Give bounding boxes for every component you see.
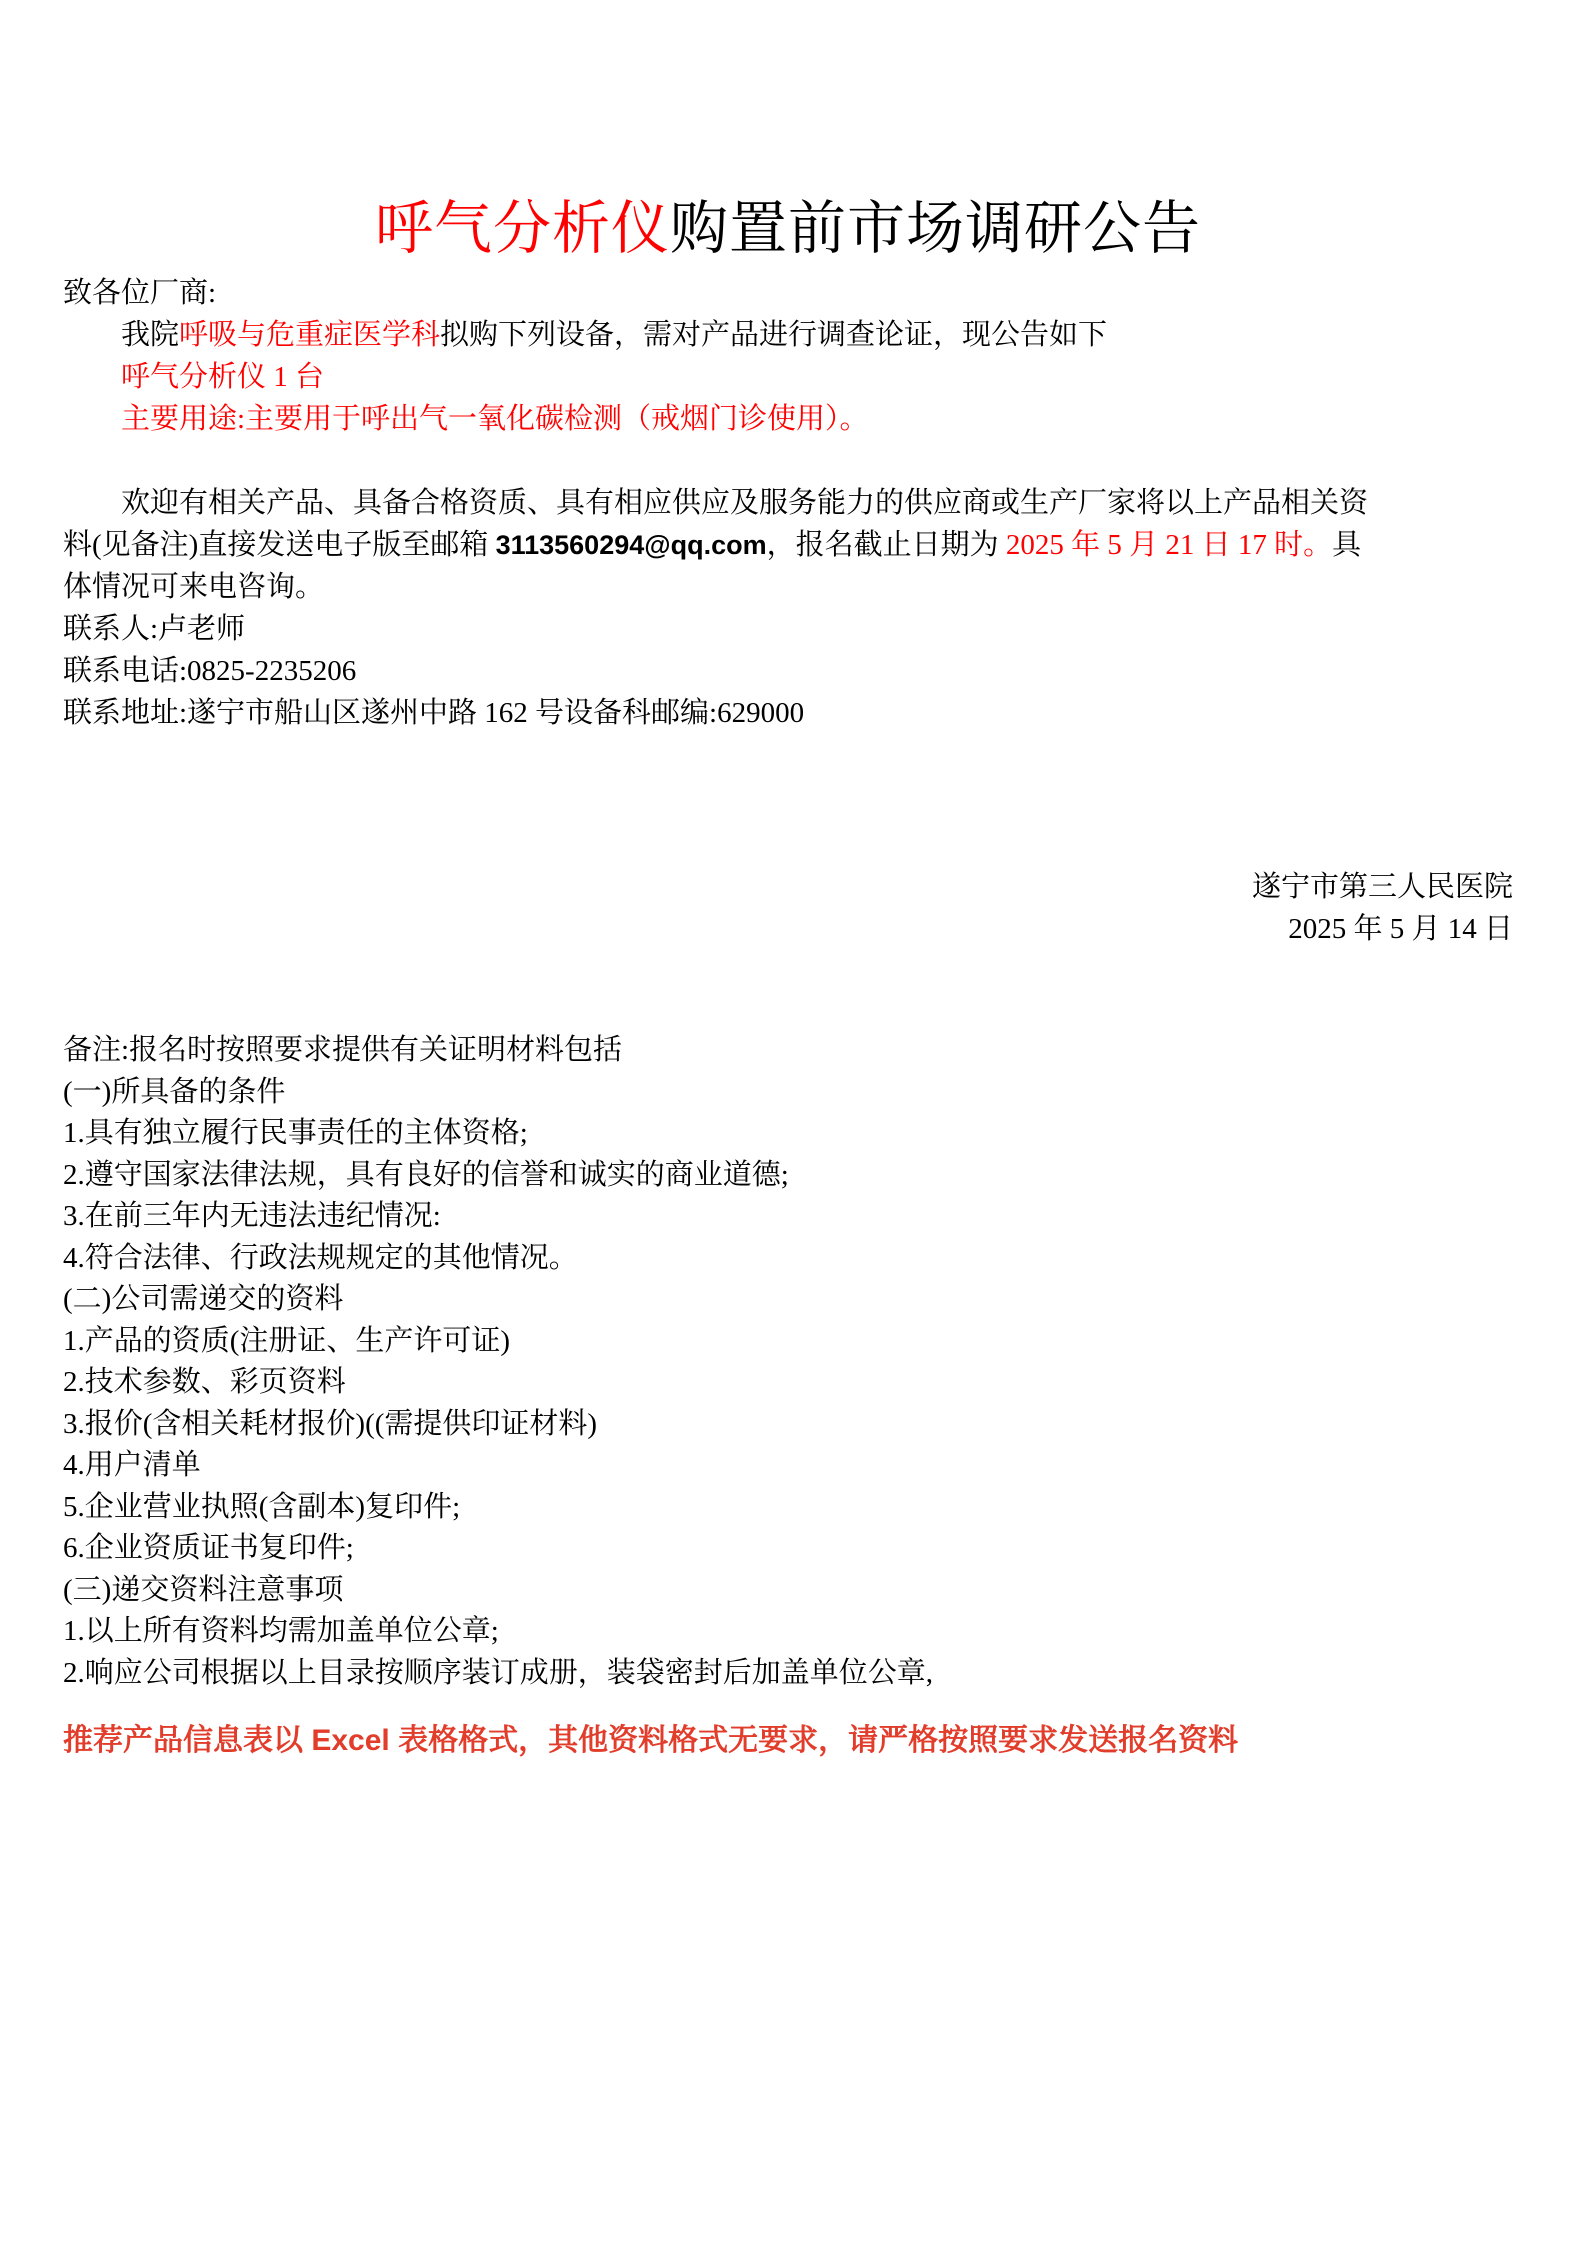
note-line: 1.以上所有资料均需加盖单位公章; [63, 1611, 1513, 1653]
title-rest: 购置前市场调研公告 [670, 196, 1201, 261]
title-device-name: 呼气分析仪 [375, 196, 670, 261]
note-line-header: 备注:报名时按照要求提供有关证明材料包括 [63, 1030, 1513, 1072]
invite-line-2-post: 具 [1332, 529, 1361, 561]
note-line-section-3: (三)递交资料注意事项 [63, 1570, 1513, 1612]
deadline-text: 2025 年 5 月 21 日 17 时。 [1006, 529, 1332, 561]
invite-line-1: 欢迎有相关产品、具备合格资质、具有相应供应及服务能力的供应商或生产厂家将以上产品… [63, 482, 1513, 524]
notes-section: 备注:报名时按照要求提供有关证明材料包括 (一)所具备的条件 1.具有独立履行民… [63, 1030, 1513, 1694]
contact-email: 3113560294@qq.com [496, 530, 767, 560]
spacer [63, 440, 1513, 482]
note-line-section-2: (二)公司需递交的资料 [63, 1279, 1513, 1321]
intro-pre: 我院 [121, 319, 179, 351]
signature-organization: 遂宁市第三人民医院 [63, 866, 1513, 908]
note-line: 1.产品的资质(注册证、生产许可证) [63, 1321, 1513, 1363]
intro-post: 拟购下列设备，需对产品进行调查论证，现公告如下 [440, 319, 1107, 351]
note-line: 2.响应公司根据以上目录按顺序装订成册，装袋密封后加盖单位公章, [63, 1653, 1513, 1695]
invite-line-2-mid: ，报名截止日期为 [767, 529, 1006, 561]
note-line: 1.具有独立履行民事责任的主体资格; [63, 1113, 1513, 1155]
page-title: 呼气分析仪购置前市场调研公告 [63, 198, 1513, 260]
note-line: 5.企业营业执照(含副本)复印件; [63, 1487, 1513, 1529]
document-page: 呼气分析仪购置前市场调研公告 致各位厂商: 我院呼吸与危重症医学科拟购下列设备，… [0, 0, 1587, 2245]
contact-phone: 联系电话:0825-2235206 [63, 650, 1513, 692]
salutation: 致各位厂商: [63, 272, 1513, 314]
intro-department: 呼吸与危重症医学科 [179, 319, 440, 351]
note-line: 6.企业资质证书复印件; [63, 1528, 1513, 1570]
footer-warning: 推荐产品信息表以 Excel 表格格式，其他资料格式无要求，请严格按照要求发送报… [63, 1720, 1513, 1762]
signature-block: 遂宁市第三人民医院 2025 年 5 月 14 日 [63, 866, 1513, 950]
invite-line-2-pre: 料(见备注)直接发送电子版至邮箱 [63, 529, 496, 561]
intro-line: 我院呼吸与危重症医学科拟购下列设备，需对产品进行调查论证，现公告如下 [63, 314, 1513, 356]
note-line: 2.技术参数、彩页资料 [63, 1362, 1513, 1404]
note-line: 2.遵守国家法律法规，具有良好的信誉和诚实的商业道德; [63, 1155, 1513, 1197]
usage-line: 主要用途:主要用于呼出气一氧化碳检测（戒烟门诊使用）。 [63, 398, 1513, 440]
note-line-section-1: (一)所具备的条件 [63, 1072, 1513, 1114]
invite-line-2: 料(见备注)直接发送电子版至邮箱 3113560294@qq.com，报名截止日… [63, 524, 1513, 566]
contact-address: 联系地址:遂宁市船山区遂州中路 162 号设备科邮编:629000 [63, 692, 1513, 734]
note-line: 4.符合法律、行政法规规定的其他情况。 [63, 1238, 1513, 1280]
device-quantity-line: 呼气分析仪 1 台 [63, 356, 1513, 398]
invite-line-3: 体情况可来电咨询。 [63, 566, 1513, 608]
note-line: 4.用户清单 [63, 1445, 1513, 1487]
signature-date: 2025 年 5 月 14 日 [63, 908, 1513, 950]
contact-person: 联系人:卢老师 [63, 608, 1513, 650]
note-line: 3.报价(含相关耗材报价)((需提供印证材料) [63, 1404, 1513, 1446]
note-line: 3.在前三年内无违法违纪情况: [63, 1196, 1513, 1238]
